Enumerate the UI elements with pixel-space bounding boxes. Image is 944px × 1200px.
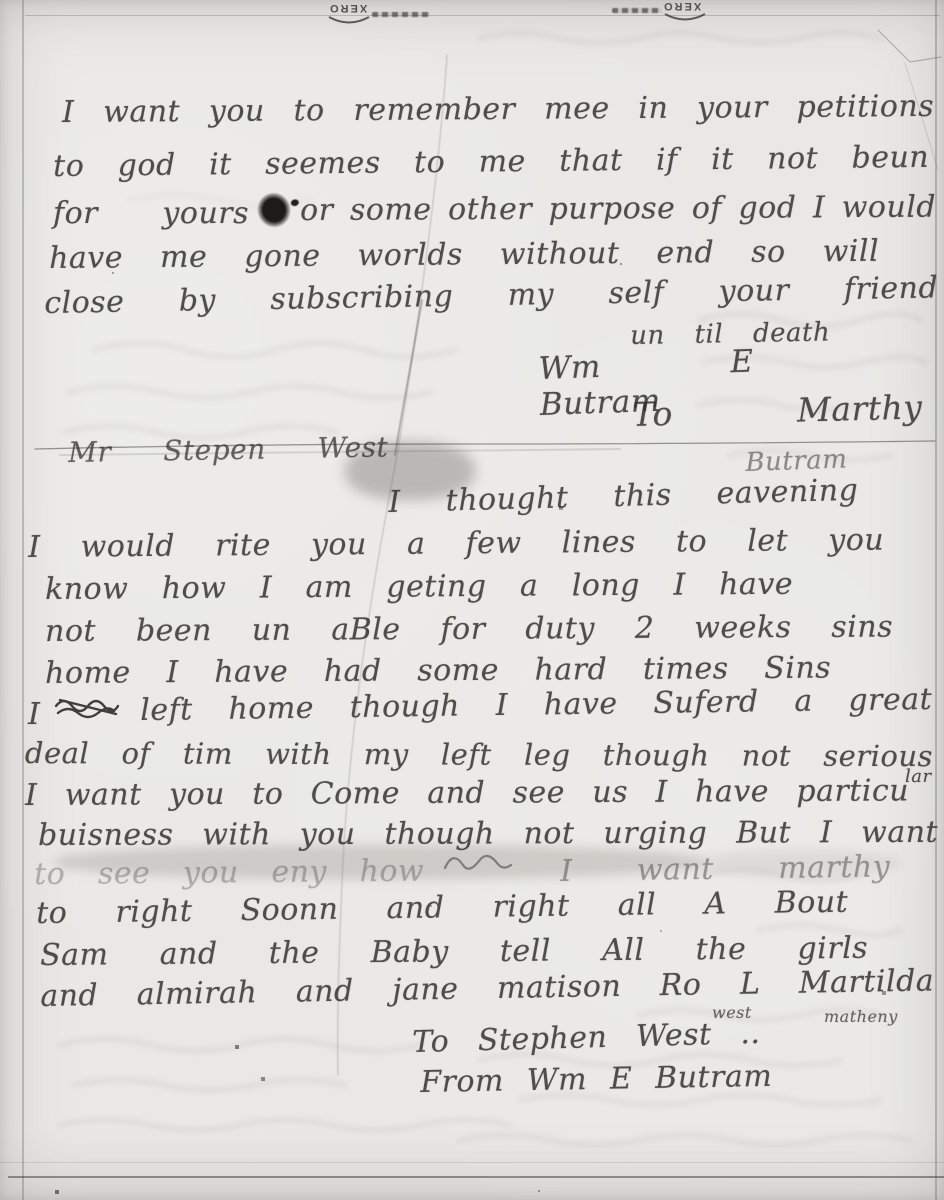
handwriting-line: From Wm E Butram — [420, 1060, 773, 1101]
handwriting-line: I would rite you a few lines to let you — [28, 524, 884, 566]
handwriting-line: for yours — [53, 197, 249, 232]
crossed-out-word-scribble — [56, 700, 118, 717]
handwriting-line: deal of tim with my left leg though not … — [25, 737, 933, 774]
handwriting-line: to god it seemes to me that if it not be… — [53, 141, 929, 185]
xero-label: XERO — [328, 2, 367, 14]
bottom-edge-line — [8, 1176, 944, 1178]
ink-blot — [250, 185, 299, 235]
xero-copier-mark: XERO — [662, 0, 701, 12]
dog-ear-corner-fold — [878, 30, 941, 62]
top-edge-line — [25, 15, 940, 16]
handwriting-line: To Marthy — [632, 388, 923, 434]
handwriting-line: buisness with you though not urging But … — [38, 816, 938, 854]
dust-specks — [0, 0, 2, 2]
handwriting-line: or some other purpose of god I would — [300, 191, 936, 229]
handwriting-line: I want you to remember mee in your petit… — [62, 90, 934, 131]
handwriting-line: I want you to Come and see us I have par… — [25, 774, 909, 813]
xero-chevron-icon — [664, 12, 706, 24]
handwriting-line: lar — [905, 767, 932, 788]
handwriting-line: matheny — [824, 1008, 898, 1026]
left-fold-line — [22, 0, 24, 1200]
letter-scan-page: XERO XERO I want you to remember mee in … — [0, 0, 944, 1200]
handwriting-line: I want marthy — [560, 850, 890, 889]
right-edge-line — [935, 0, 937, 1200]
xero-chevron-icon — [328, 15, 370, 27]
toner-smear — [612, 8, 662, 13]
handwriting-line: To Stephen West .. — [412, 1017, 761, 1061]
handwriting-line: to right Soonn and right all A Bout — [36, 886, 848, 932]
handwriting-line: have me gone worlds without end so will — [49, 235, 879, 277]
handwriting-line: not been un aBle for duty 2 weeks sins — [45, 611, 893, 650]
toner-smear — [372, 12, 430, 17]
handwriting-line: know how I am geting a long I have — [45, 568, 793, 608]
xero-label: XERO — [662, 0, 701, 12]
handwriting-line: Mr Stepen West — [68, 431, 389, 469]
xero-copier-mark: XERO — [328, 2, 367, 14]
handwriting-line: close by subscribing my self your friend — [44, 271, 938, 321]
handwriting-line: to see you eny how — [34, 855, 424, 893]
bottom-faint-line — [0, 1162, 944, 1163]
handwriting-line: I — [28, 698, 40, 733]
